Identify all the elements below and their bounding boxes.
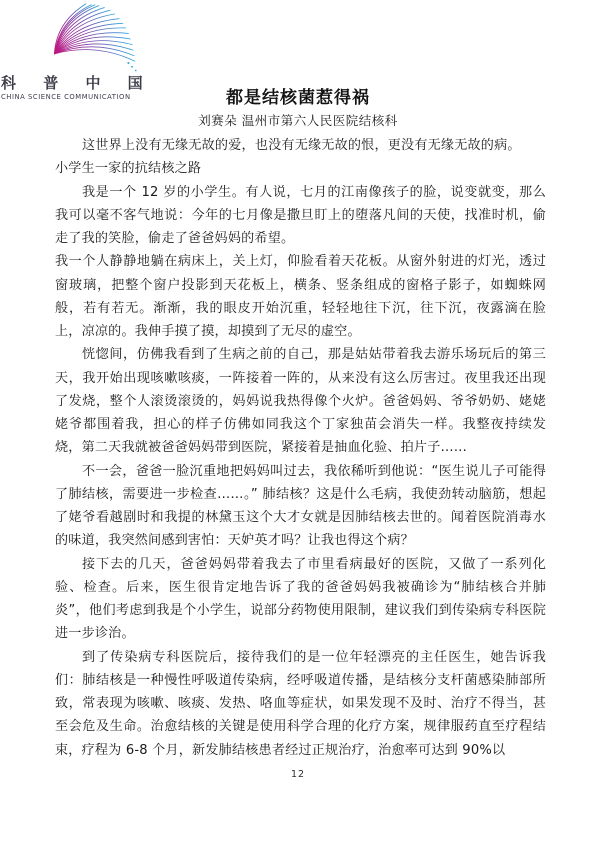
paragraph: 到了传染病专科医院后，接待我们的是一位年轻漂亮的主任医生，她告诉我们：肺结核是一… (55, 646, 546, 762)
paragraph: 这世界上没有无缘无故的爱，也没有无缘无故的恨，更没有无缘无故的病。 (55, 134, 546, 157)
paragraph-subheading: 小学生一家的抗结核之路 (55, 157, 546, 180)
paragraph: 我是一个 12 岁的小学生。有人说，七月的江南像孩子的脸，说变就变，那么我可以毫… (55, 181, 546, 251)
article-body: 这世界上没有无缘无故的爱，也没有无缘无故的恨，更没有无缘无故的病。 小学生一家的… (55, 134, 546, 762)
paragraph: 接下去的几天，爸爸妈妈带着我去了市里看病最好的医院，又做了一系列化验、检查。后来… (55, 553, 546, 646)
page-number: 12 (0, 769, 596, 780)
logo-swoosh-icon (26, 2, 142, 76)
paragraph: 不一会，爸爸一脸沉重地把妈妈叫过去，我依稀听到他说：“医生说儿子可能得了肺结核，… (55, 460, 546, 553)
paragraph: 恍惚间，仿佛我看到了生病之前的自己，那是姑姑带着我去游乐场玩后的第三天，我开始出… (55, 343, 546, 459)
author-byline: 刘赛朵 温州市第六人民医院结核科 (0, 111, 596, 129)
document-page: 科 普 中 国 CHINA SCIENCE COMMUNICATION 都是结核… (0, 0, 596, 842)
paragraph: 我一个人静静地躺在病床上，关上灯，仰脸看着天花板。从窗外射进的灯光，透过窗玻璃，… (55, 250, 546, 343)
page-title: 都是结核菌惹得祸 (0, 83, 596, 108)
